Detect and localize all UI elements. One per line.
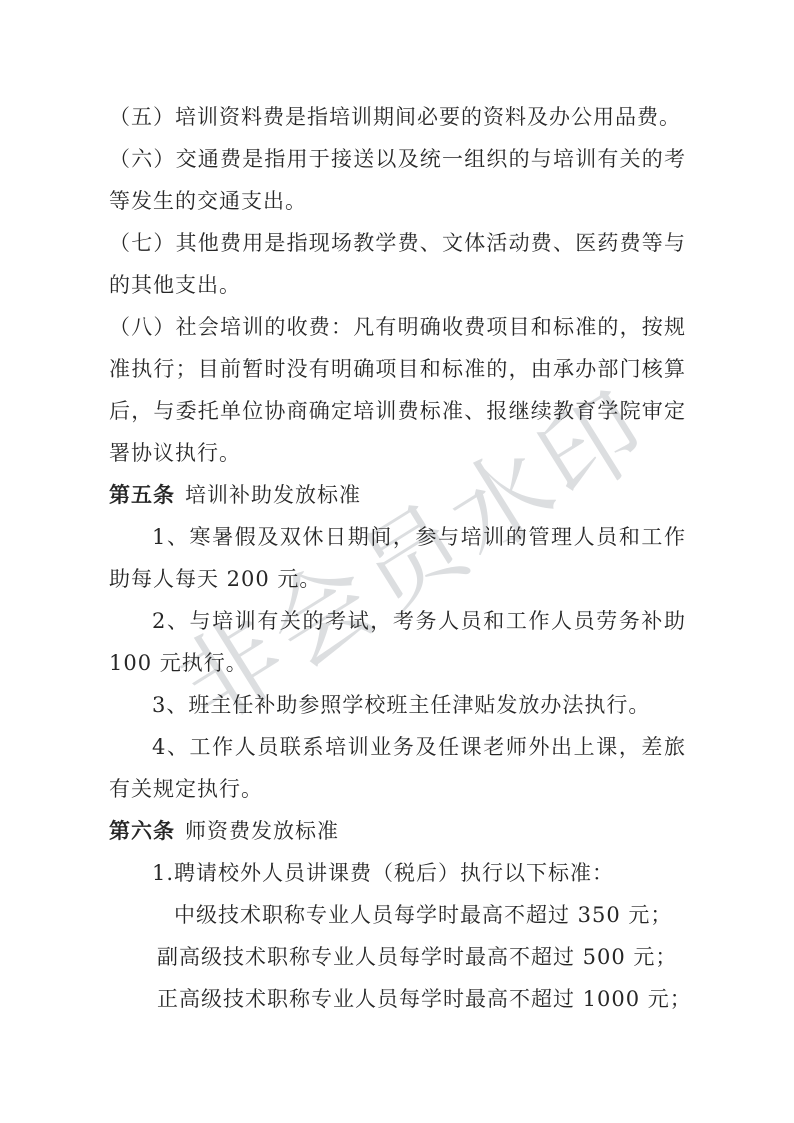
text-line: 副高级技术职称专业人员每学时最高不超过 500 元； (109, 936, 686, 978)
text-line: （七）其他费用是指现场教学费、文体活动费、医药费等与培训有关 (109, 222, 686, 264)
text-line: （六）交通费是指用于接送以及统一组织的与培训有关的考察、调研 (109, 138, 686, 180)
text-line: 100 元执行。 (109, 642, 686, 684)
article-heading-line: 第六条师资费发放标准 (109, 810, 686, 852)
text-line: 的其他支出。 (109, 264, 686, 306)
article-title: 师资费发放标准 (185, 819, 339, 843)
text-line: 3、班主任补助参照学校班主任津贴发放办法执行。 (109, 684, 686, 726)
text-line: 助每人每天 200 元。 (109, 558, 686, 600)
text-line: （八）社会培训的收费：凡有明确收费项目和标准的，按规定收费标 (109, 306, 686, 348)
text-line: 正高级技术职称专业人员每学时最高不超过 1000 元； (109, 978, 686, 1020)
text-line: 1、寒暑假及双休日期间，参与培训的管理人员和工作人员劳务补 (109, 516, 686, 558)
text-line: 中级技术职称专业人员每学时最高不超过 350 元； (109, 894, 686, 936)
text-line: 准执行；目前暂时没有明确项目和标准的，由承办部门核算办学成本 (109, 348, 686, 390)
article-heading-line: 第五条培训补助发放标准 (109, 474, 686, 516)
article-number: 第五条 (109, 483, 175, 507)
text-line: 1.聘请校外人员讲课费（税后）执行以下标准： (109, 852, 686, 894)
article-number: 第六条 (109, 819, 175, 843)
text-line: 后，与委托单位协商确定培训费标准、报继续教育学院审定后双方签 (109, 390, 686, 432)
document-page: 非会员水印 （五）培训资料费是指培训期间必要的资料及办公用品费。（六）交通费是指… (0, 0, 794, 1123)
text-line: 4、工作人员联系培训业务及任课老师外出上课，差旅费按照学校 (109, 726, 686, 768)
document-body: （五）培训资料费是指培训期间必要的资料及办公用品费。（六）交通费是指用于接送以及… (109, 96, 686, 1020)
text-line: 等发生的交通支出。 (109, 180, 686, 222)
article-title: 培训补助发放标准 (185, 483, 361, 507)
text-line: 2、与培训有关的考试，考务人员和工作人员劳务补助按每人每场 (109, 600, 686, 642)
text-line: 有关规定执行。 (109, 768, 686, 810)
text-line: 署协议执行。 (109, 432, 686, 474)
text-line: （五）培训资料费是指培训期间必要的资料及办公用品费。 (109, 96, 686, 138)
